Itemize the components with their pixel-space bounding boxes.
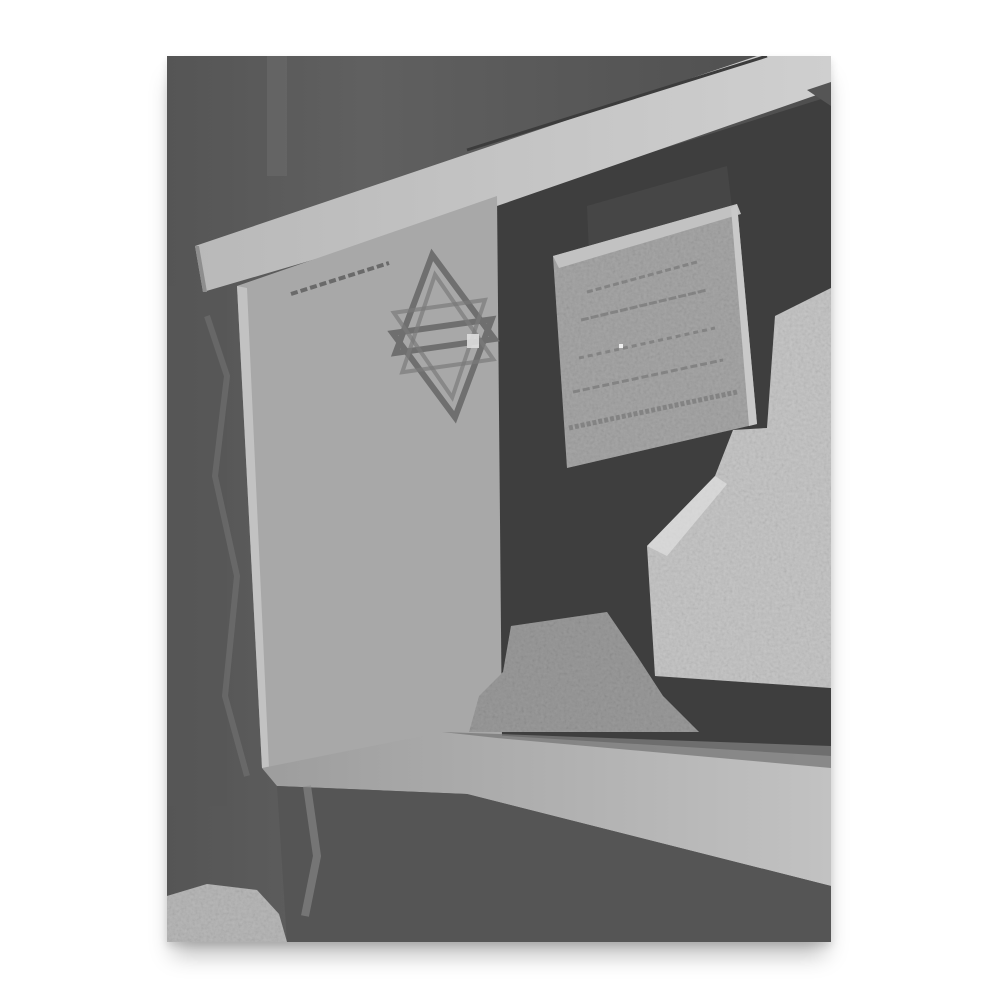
poster-photo [167,56,831,942]
photo-canvas [167,56,831,942]
